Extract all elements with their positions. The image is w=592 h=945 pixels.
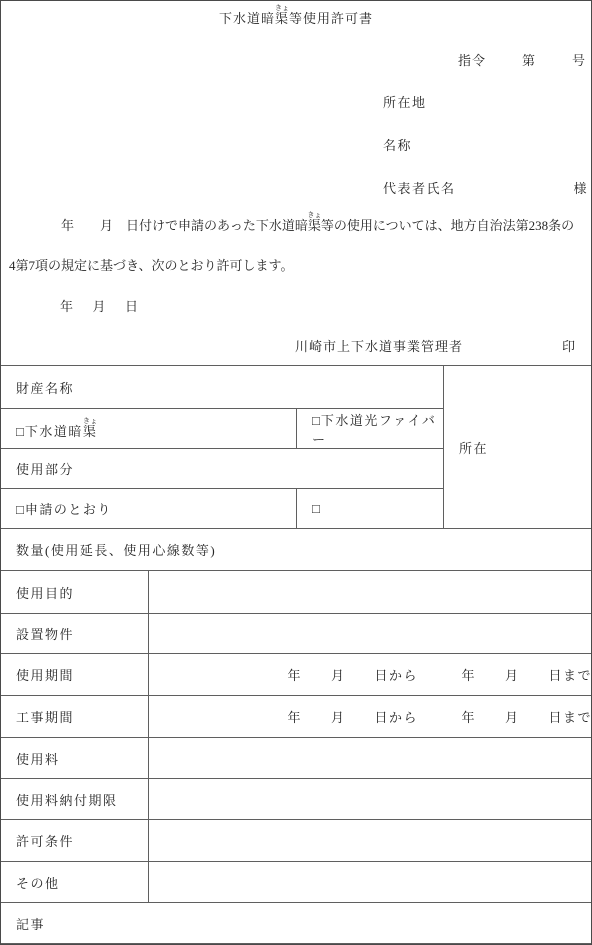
use-period-label-cell: 使用期間	[1, 654, 149, 696]
optical-fiber-option-cell: □下水道光ファイバー	[297, 409, 444, 449]
construction-period-label-cell: 工事期間	[1, 696, 149, 738]
document-page: 下水道暗渠きょ等使用許可書 指令 第 号 所在地 名称 代表者氏名 様 年 月 …	[0, 0, 592, 945]
row-fee-payment-deadline: 使用料納付期限	[1, 779, 592, 820]
use-part-cell: 使用部分	[1, 449, 444, 489]
other-option-cell: □	[297, 489, 444, 529]
title-pre: 下水道暗	[219, 11, 275, 26]
title-ruby-text: きょ	[275, 4, 289, 12]
document-title: 下水道暗渠きょ等使用許可書	[0, 4, 592, 27]
issue-date-month: 月	[92, 296, 105, 315]
permit-form-table: 財産名称 所在 □下水道暗渠きょ □下水道光ファイバー 使用部分 □申請のとおり…	[0, 365, 592, 944]
sewer-culvert-ruby-text: きょ	[83, 417, 98, 425]
permit-body-paragraph: 年 月 日付けで申請のあった下水道暗渠きょ等の使用については、地方自治法第238…	[9, 206, 587, 286]
quantity-cell: 数量(使用延長、使用心線数等)	[1, 529, 592, 571]
other-option-checkbox[interactable]: □	[312, 501, 320, 516]
row-use-purpose: 使用目的	[1, 571, 592, 614]
addressee-name-label: 名称	[383, 135, 412, 154]
sewer-culvert-option-cell: □下水道暗渠きょ	[1, 409, 297, 449]
body-line2: 4第7項の規定に基づき、次のとおり許可します。	[9, 246, 587, 286]
issue-date-year: 年	[60, 296, 73, 315]
use-period-value-cell: 年 月 日から 年 月 日まで	[149, 654, 592, 696]
issue-date-line: 年 月 日	[60, 296, 138, 315]
as-applied-checkbox[interactable]: □	[16, 502, 24, 517]
optical-fiber-checkbox[interactable]: □	[312, 413, 320, 428]
row-installed-property: 設置物件	[1, 614, 592, 654]
row-property-name: 財産名称 所在	[1, 366, 592, 409]
row-use-period: 使用期間 年 月 日から 年 月 日まで	[1, 654, 592, 696]
title-post: 等使用許可書	[289, 11, 373, 26]
usage-fee-value-cell	[149, 738, 592, 779]
property-name-cell: 財産名称	[1, 366, 444, 409]
construction-period-value-cell: 年 月 日から 年 月 日まで	[149, 696, 592, 738]
optical-fiber-label: 下水道光ファイバー	[312, 413, 436, 447]
row-notes: 記事	[1, 903, 592, 944]
directive-label: 指令	[458, 50, 486, 69]
row-construction-period: 工事期間 年 月 日から 年 月 日まで	[1, 696, 592, 738]
sewer-culvert-checkbox[interactable]: □	[16, 424, 24, 439]
title-ruby-base: 渠	[275, 11, 289, 26]
addressee-representative-line: 代表者氏名 様	[383, 178, 588, 197]
issuer-line: 川崎市上下水道事業管理者 印	[295, 336, 576, 355]
use-purpose-value-cell	[149, 571, 592, 614]
sewer-culvert-ruby: 渠きょ	[83, 424, 98, 439]
sewer-culvert-ruby-base: 渠	[83, 424, 98, 439]
other-label-cell: その他	[1, 862, 149, 903]
addressee-location-label: 所在地	[383, 92, 427, 111]
fee-payment-deadline-label-cell: 使用料納付期限	[1, 779, 149, 820]
fee-payment-deadline-value-cell	[149, 779, 592, 820]
seal-mark: 印	[562, 336, 576, 355]
sewer-culvert-label: 下水道暗	[25, 424, 83, 439]
permit-conditions-value-cell	[149, 820, 592, 862]
body-ruby-base: 渠	[307, 218, 321, 233]
other-value-cell	[149, 862, 592, 903]
body-line1-post: 等の使用については、地方自治法第238条の	[321, 218, 574, 233]
installed-property-value-cell	[149, 614, 592, 654]
honorific-sama: 様	[573, 178, 588, 197]
representative-label: 代表者氏名	[383, 178, 456, 197]
usage-fee-label-cell: 使用料	[1, 738, 149, 779]
directive-number-line: 指令 第 号	[458, 50, 586, 69]
use-purpose-label-cell: 使用目的	[1, 571, 149, 614]
row-quantity: 数量(使用延長、使用心線数等)	[1, 529, 592, 571]
body-ruby-text: きょ	[307, 211, 321, 219]
issuer-title: 川崎市上下水道事業管理者	[295, 336, 463, 355]
title-ruby: 渠きょ	[275, 11, 289, 26]
body-line1: 年 月 日付けで申請のあった下水道暗渠きょ等の使用については、地方自治法第238…	[9, 206, 587, 246]
as-applied-option-cell: □申請のとおり	[1, 489, 297, 529]
notes-cell: 記事	[1, 903, 592, 944]
row-other: その他	[1, 862, 592, 903]
row-permit-conditions: 許可条件	[1, 820, 592, 862]
body-ruby: 渠きょ	[308, 218, 321, 233]
row-usage-fee: 使用料	[1, 738, 592, 779]
issue-date-day: 日	[125, 296, 138, 315]
permit-conditions-label-cell: 許可条件	[1, 820, 149, 862]
location-cell: 所在	[444, 366, 592, 529]
directive-no-prefix: 第	[522, 50, 536, 69]
installed-property-label-cell: 設置物件	[1, 614, 149, 654]
directive-no-suffix: 号	[572, 50, 586, 69]
body-line1-pre: 年 月 日付けで申請のあった下水道暗	[61, 218, 308, 233]
as-applied-label: 申請のとおり	[25, 502, 112, 517]
